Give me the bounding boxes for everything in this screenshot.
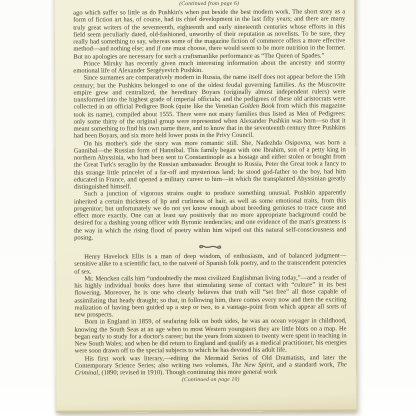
body-paragraph: On his mother's side the story was more … (74, 139, 346, 191)
scroll-flourish-icon (198, 243, 222, 251)
body-paragraph: Mr. Mencken calls him “undoubtedly the m… (74, 274, 346, 319)
page-body-text: ago which suffer so little as do Pushkin… (73, 8, 347, 376)
body-paragraph: His first work was literary,—editing the… (75, 354, 347, 377)
scan-background: (Continued from page 6) ago which suffer… (0, 0, 416, 416)
continued-on-note: (Continued on page 10) (75, 377, 347, 385)
body-paragraph: ago which suffer so little as do Pushkin… (73, 8, 345, 60)
body-paragraph: Since surnames are comparatively modern … (73, 74, 345, 140)
continued-from-note: (Continued from page 6) (73, 0, 345, 8)
scanned-page: (Continued from page 6) ago which suffer… (54, 0, 357, 413)
body-paragraph: Prince Mirsky has recently given much in… (73, 59, 345, 75)
body-paragraph: Born in England in 1859, of seafaring fo… (75, 318, 347, 355)
body-paragraph: Such a junction of vigorous strains ough… (74, 190, 346, 242)
body-paragraph: Henry Havelock Ellis is a man of deep wi… (74, 252, 346, 275)
